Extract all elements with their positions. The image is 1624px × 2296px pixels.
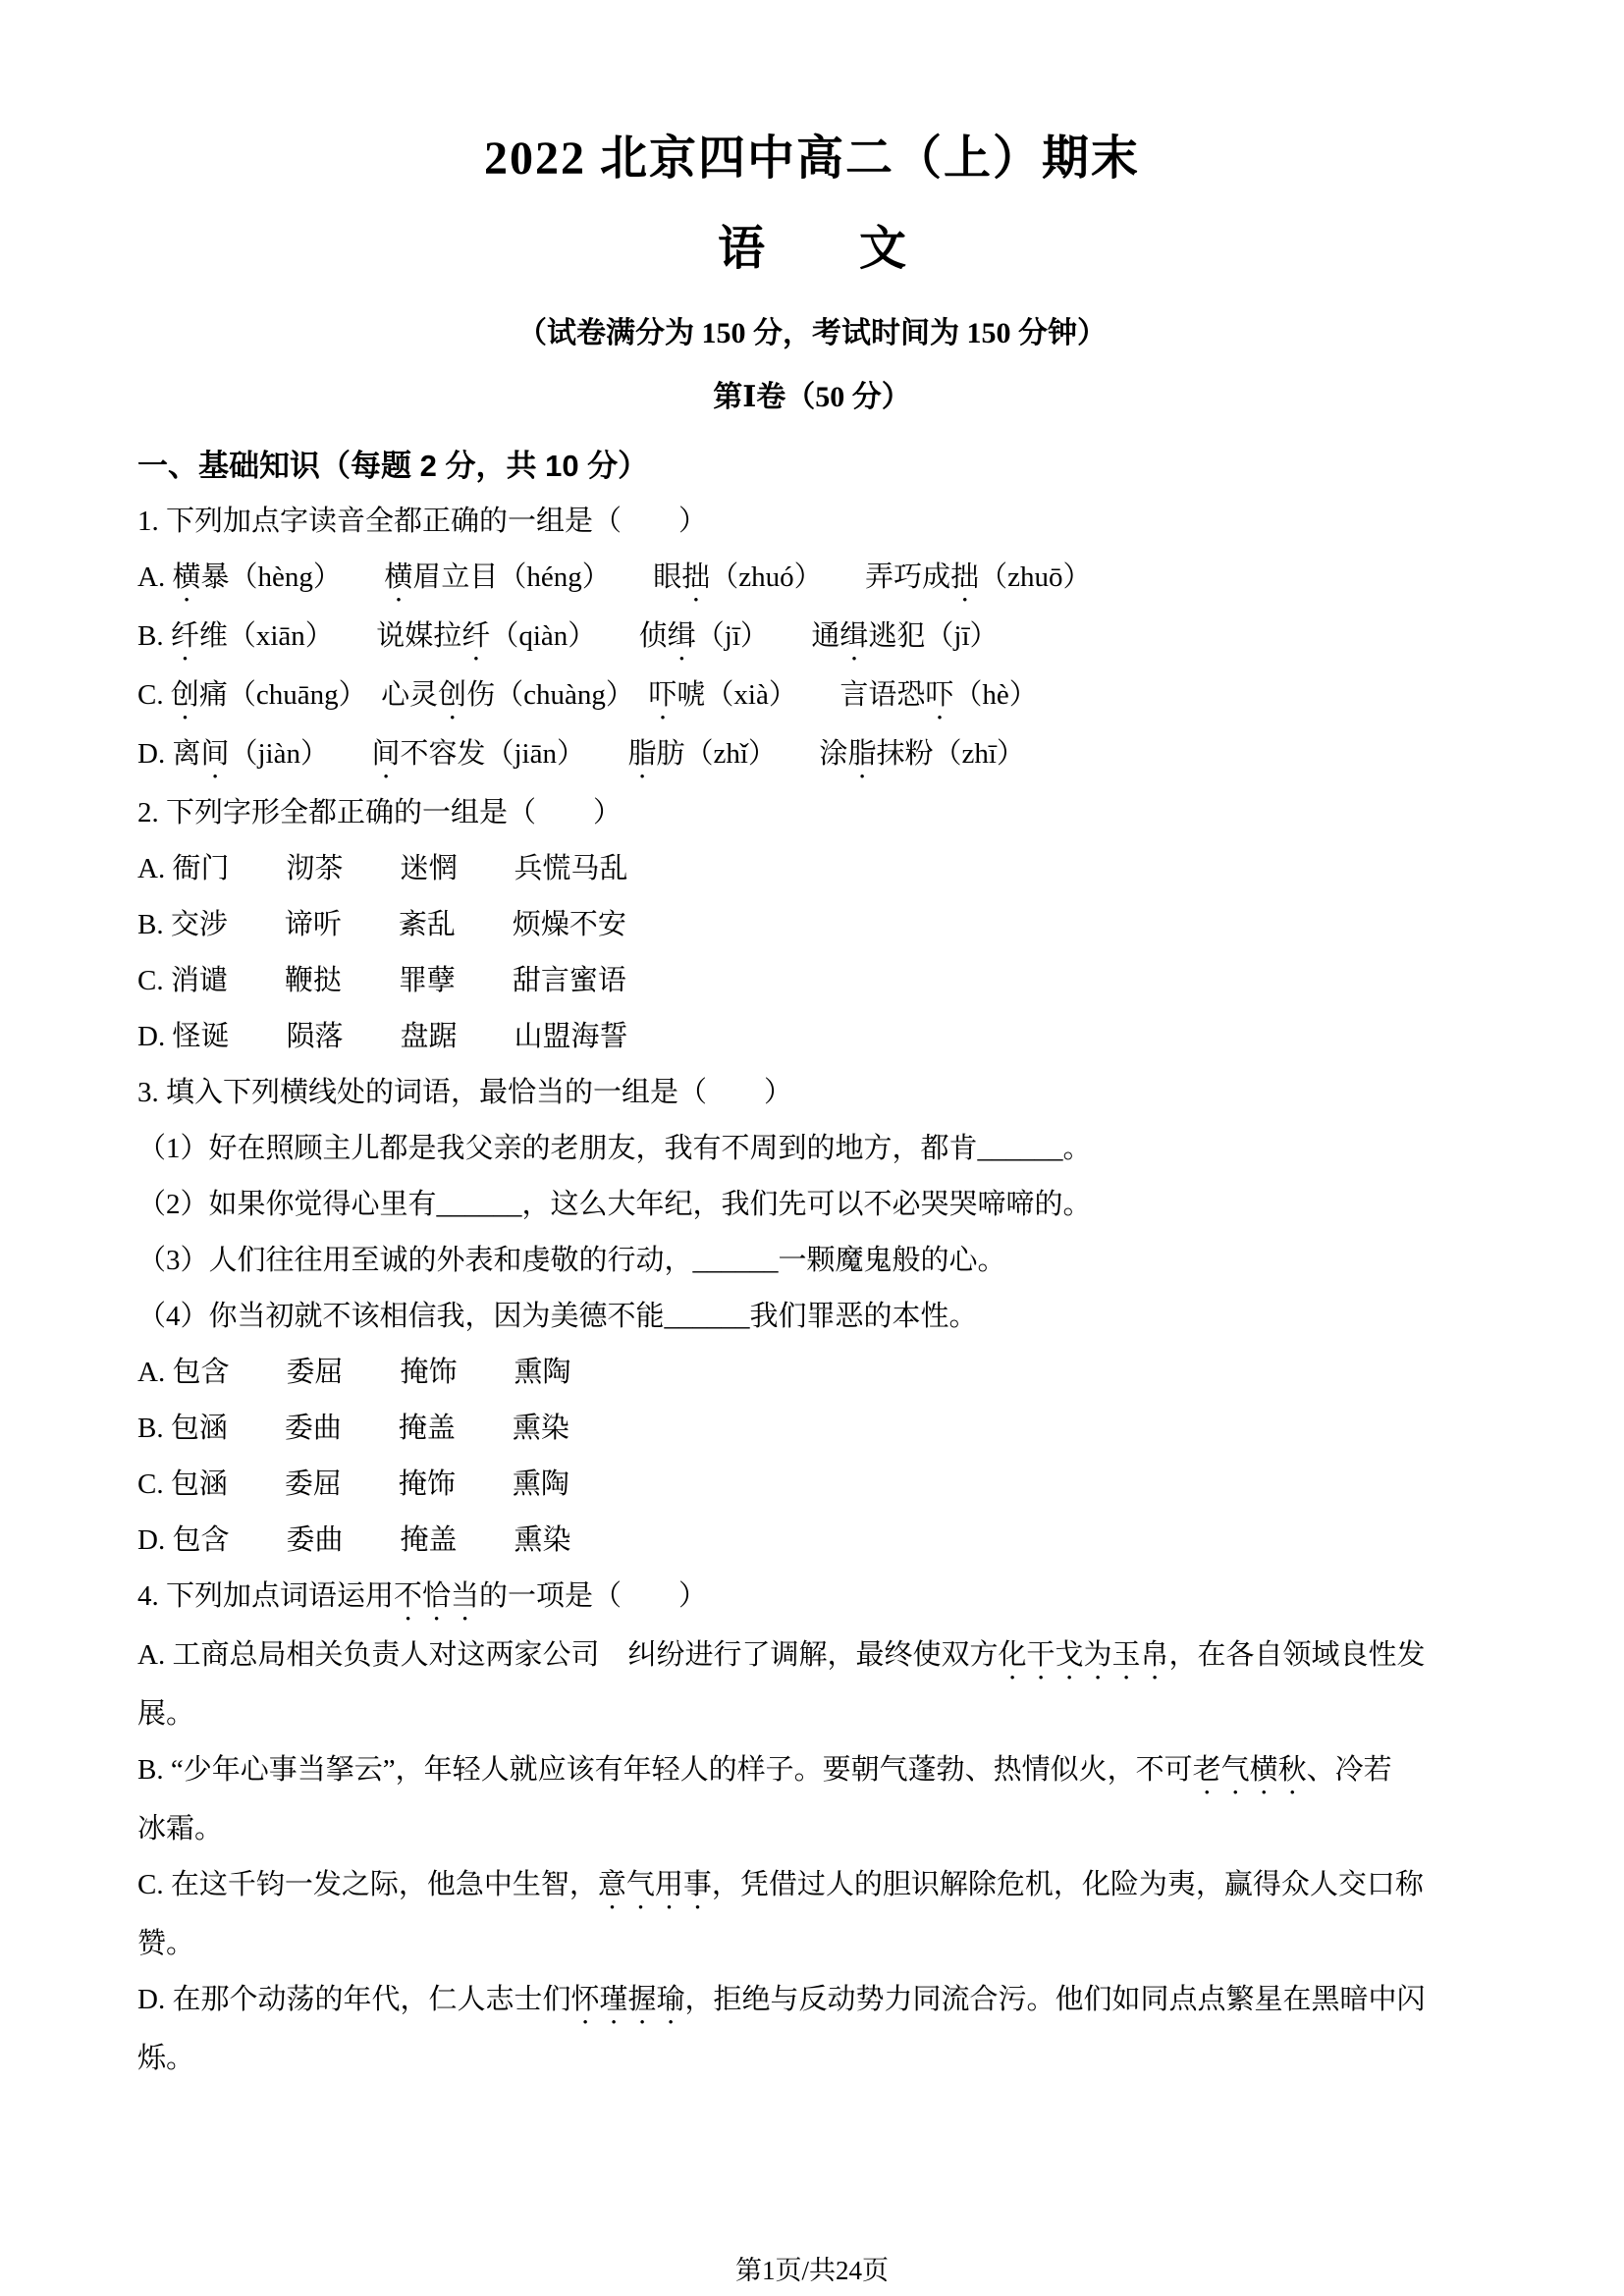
- emphasis-dotted-text: 吓: [648, 679, 677, 711]
- text-run: （2）如果你觉得心里有______，这么大年纪，我们先可以不必哭哭啼啼的。: [137, 1189, 1092, 1220]
- text-run: 维（xiān） 说媒拉: [199, 620, 461, 652]
- emphasis-dotted-text: 横: [172, 561, 200, 593]
- q3-option-b: B. 包涵 委曲 掩盖 熏染: [137, 1401, 1487, 1457]
- text-run: 暴（hèng）: [200, 561, 384, 593]
- text-run: B. 包涵 委曲 掩盖 熏染: [137, 1413, 569, 1444]
- page-number-footer: 第1页/共24页: [0, 2255, 1624, 2286]
- text-run: 的一项是（ ）: [479, 1580, 707, 1612]
- q1-option-b: B. 纤维（xiān） 说媒拉纤（qiàn） 侦缉（jī） 通缉逃犯（jī）: [137, 609, 1487, 667]
- text-run: （qiàn） 侦: [490, 620, 667, 652]
- text-run: （3）人们往往用至诚的外表和虔敬的行动，______一颗魔鬼般的心。: [137, 1245, 1006, 1276]
- emphasis-dotted-text: 横: [384, 561, 412, 593]
- text-run: C.: [137, 679, 171, 711]
- q3-option-a: A. 包含 委屈 掩饰 熏陶: [137, 1345, 1487, 1401]
- q4-option-d: D. 在那个动荡的年代，仁人志士们怀瑾握瑜，拒绝与反动势力同流合污。他们如同点点…: [137, 1972, 1487, 2031]
- emphasis-dotted-text: 缉: [839, 620, 868, 652]
- q2-option-b: B. 交涉 谛听 紊乱 烦燥不安: [137, 897, 1487, 953]
- text-run: 展。: [137, 1698, 194, 1730]
- exam-title: 2022 北京四中高二（上）期末: [0, 0, 1624, 187]
- text-run: A.: [137, 561, 172, 593]
- emphasis-dotted-text: 纤: [171, 620, 199, 652]
- emphasis-dotted-text: 化干戈为玉帛: [998, 1639, 1168, 1671]
- exam-score-time-note: （试卷满分为 150 分，考试时间为 150 分钟）: [0, 316, 1624, 351]
- emphasis-dotted-text: 间: [371, 738, 400, 770]
- text-run: 唬（xià） 言语恐: [677, 679, 925, 711]
- text-run: ，凭借过人的胆识解除危机，化险为夷，赢得众人交口称: [712, 1869, 1424, 1900]
- text-run: B. 交涉 谛听 紊乱 烦燥不安: [137, 909, 626, 940]
- q4-option-d-cont: 烁。: [137, 2031, 1487, 2087]
- text-run: 3. 填入下列横线处的词语，最恰当的一组是（ ）: [137, 1077, 792, 1108]
- emphasis-dotted-text: 不恰当: [394, 1580, 479, 1612]
- emphasis-dotted-text: 脂: [847, 738, 876, 770]
- q1-stem: 1. 下列加点字读音全都正确的一组是（ ）: [137, 494, 1487, 550]
- text-run: 赞。: [137, 1928, 194, 1959]
- q4-option-a: A. 工商总局相关负责人对这两家公司 纠纷进行了调解，最终使双方化干戈为玉帛，在…: [137, 1628, 1487, 1686]
- emphasis-dotted-text: 缉: [668, 620, 696, 652]
- text-run: 不容发（jiān）: [400, 738, 627, 770]
- q2-option-d: D. 怪诞 陨落 盘踞 山盟海誓: [137, 1009, 1487, 1065]
- text-run: ，拒绝与反动势力同流合污。他们如同点点繁星在黑暗中闪: [684, 1984, 1425, 2015]
- exam-page: 2022 北京四中高二（上）期末 语 文 （试卷满分为 150 分，考试时间为 …: [0, 0, 1624, 2296]
- text-run: 冰霜。: [137, 1813, 223, 1844]
- q4-option-a-cont: 展。: [137, 1686, 1487, 1742]
- emphasis-dotted-text: 老气横秋: [1193, 1754, 1307, 1786]
- q3-option-c: C. 包涵 委屈 掩饰 熏陶: [137, 1457, 1487, 1513]
- text-run: D. 包含 委曲 掩盖 熏染: [137, 1524, 570, 1556]
- text-run: C. 消谴 鞭挞 罪孽 甜言蜜语: [137, 965, 626, 996]
- text-run: C. 包涵 委屈 掩饰 熏陶: [137, 1468, 569, 1500]
- exam-subject: 语 文: [0, 222, 1624, 277]
- text-run: B. “少年心事当拏云”，年轻人就应该有年轻人的样子。要朝气蓬勃、热情似火，不可: [137, 1754, 1193, 1786]
- q3-blank-4: （4）你当初就不该相信我，因为美德不能______我们罪恶的本性。: [137, 1289, 1487, 1345]
- section-1-heading: 一、基础知识（每题 2 分，共 10 分）: [137, 438, 1487, 494]
- text-run: 、冷若: [1307, 1754, 1392, 1786]
- question-area: 一、基础知识（每题 2 分，共 10 分）1. 下列加点字读音全都正确的一组是（…: [137, 438, 1487, 2087]
- text-run: D. 在那个动荡的年代，仁人志士们: [137, 1984, 570, 2015]
- text-run: ，在各自领域良性发: [1168, 1639, 1425, 1671]
- text-run: （jī） 通: [696, 620, 840, 652]
- text-run: 一、基础知识（每题 2 分，共 10 分）: [137, 449, 648, 483]
- text-run: 2. 下列字形全都正确的一组是（ ）: [137, 797, 622, 828]
- text-run: 伤（chuàng）: [466, 679, 648, 711]
- emphasis-dotted-text: 间: [200, 738, 229, 770]
- q3-blank-2: （2）如果你觉得心里有______，这么大年纪，我们先可以不必哭哭啼啼的。: [137, 1177, 1487, 1233]
- text-run: （zhuō）: [979, 561, 1091, 593]
- text-run: A. 包含 委屈 掩饰 熏陶: [137, 1357, 570, 1388]
- text-run: D. 离: [137, 738, 200, 770]
- text-run: D. 怪诞 陨落 盘踞 山盟海誓: [137, 1021, 627, 1052]
- q3-stem: 3. 填入下列横线处的词语，最恰当的一组是（ ）: [137, 1065, 1487, 1121]
- q2-option-c: C. 消谴 鞭挞 罪孽 甜言蜜语: [137, 953, 1487, 1009]
- text-run: （jiàn）: [229, 738, 371, 770]
- q3-blank-3: （3）人们往往用至诚的外表和虔敬的行动，______一颗魔鬼般的心。: [137, 1233, 1487, 1289]
- emphasis-dotted-text: 脂: [627, 738, 656, 770]
- emphasis-dotted-text: 怀瑾握瑜: [570, 1984, 684, 2015]
- emphasis-dotted-text: 创: [171, 679, 199, 711]
- text-run: A. 衙门 沏茶 迷惘 兵慌马乱: [137, 853, 627, 884]
- text-run: 眉立目（héng） 眼: [412, 561, 681, 593]
- q3-option-d: D. 包含 委曲 掩盖 熏染: [137, 1513, 1487, 1569]
- text-run: 1. 下列加点字读音全都正确的一组是（ ）: [137, 506, 707, 537]
- text-run: 4. 下列加点词语运用: [137, 1580, 394, 1612]
- q4-option-c: C. 在这千钧一发之际，他急中生智，意气用事，凭借过人的胆识解除危机，化险为夷，…: [137, 1857, 1487, 1916]
- q4-option-c-cont: 赞。: [137, 1916, 1487, 1972]
- q4-option-b-cont: 冰霜。: [137, 1801, 1487, 1857]
- q1-option-d: D. 离间（jiàn） 间不容发（jiān） 脂肪（zhǐ） 涂脂抹粉（zhī）: [137, 726, 1487, 785]
- text-run: A. 工商总局相关负责人对这两家公司 纠纷进行了调解，最终使双方: [137, 1639, 998, 1671]
- text-run: 痛（chuāng） 心灵: [199, 679, 438, 711]
- text-run: （hè）: [953, 679, 1037, 711]
- text-run: （zhuó） 弄巧成: [710, 561, 950, 593]
- q1-option-a: A. 横暴（hèng） 横眉立目（héng） 眼拙（zhuó） 弄巧成拙（zhu…: [137, 550, 1487, 609]
- text-run: B.: [137, 620, 171, 652]
- q2-stem: 2. 下列字形全都正确的一组是（ ）: [137, 785, 1487, 841]
- text-run: 逃犯（jī）: [868, 620, 998, 652]
- emphasis-dotted-text: 拙: [950, 561, 979, 593]
- q4-stem: 4. 下列加点词语运用不恰当的一项是（ ）: [137, 1569, 1487, 1628]
- emphasis-dotted-text: 吓: [925, 679, 953, 711]
- emphasis-dotted-text: 拙: [681, 561, 710, 593]
- volume-heading: 第Ⅰ卷（50 分）: [0, 380, 1624, 415]
- text-run: C. 在这千钧一发之际，他急中生智，: [137, 1869, 598, 1900]
- text-run: （4）你当初就不该相信我，因为美德不能______我们罪恶的本性。: [137, 1301, 978, 1332]
- emphasis-dotted-text: 创: [438, 679, 466, 711]
- q3-blank-1: （1）好在照顾主儿都是我父亲的老朋友，我有不周到的地方，都肯______。: [137, 1121, 1487, 1177]
- emphasis-dotted-text: 纤: [461, 620, 490, 652]
- q4-option-b: B. “少年心事当拏云”，年轻人就应该有年轻人的样子。要朝气蓬勃、热情似火，不可…: [137, 1742, 1487, 1801]
- q1-option-c: C. 创痛（chuāng） 心灵创伤（chuàng） 吓唬（xià） 言语恐吓（…: [137, 667, 1487, 726]
- text-run: 肪（zhǐ） 涂: [657, 738, 848, 770]
- text-run: （1）好在照顾主儿都是我父亲的老朋友，我有不周到的地方，都肯______。: [137, 1133, 1092, 1164]
- emphasis-dotted-text: 意气用事: [598, 1869, 712, 1900]
- text-run: 抹粉（zhī）: [876, 738, 1024, 770]
- q2-option-a: A. 衙门 沏茶 迷惘 兵慌马乱: [137, 841, 1487, 897]
- text-run: 烁。: [137, 2043, 194, 2074]
